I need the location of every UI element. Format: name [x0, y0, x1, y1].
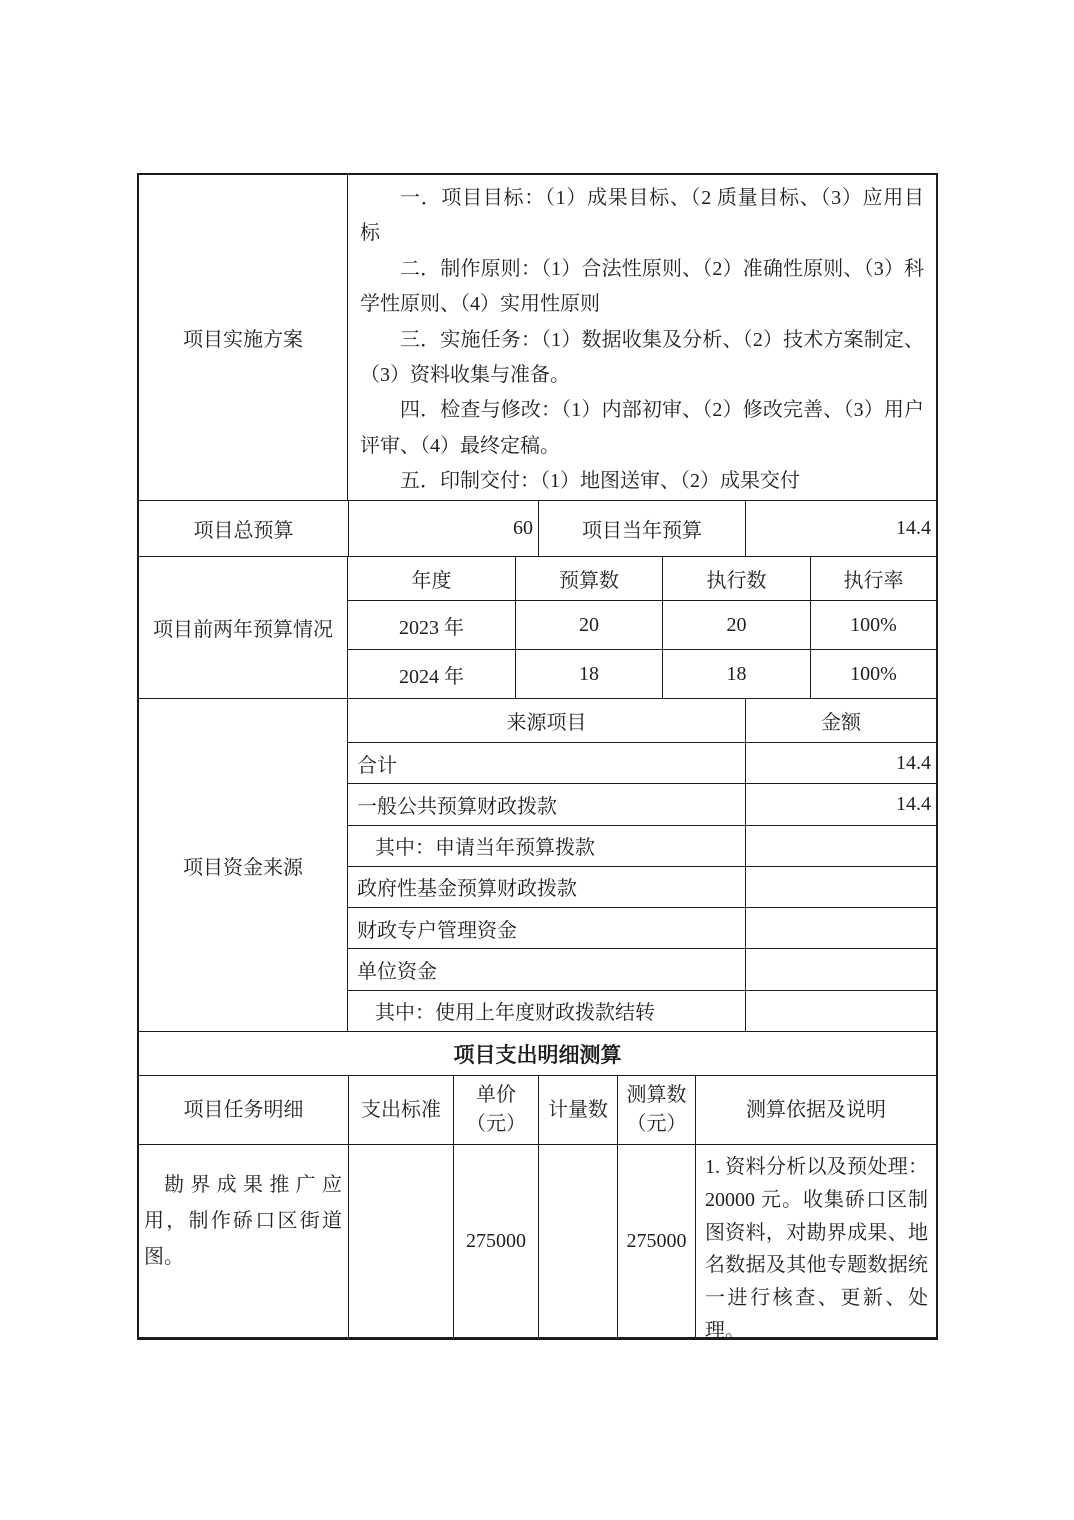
basis-text: 1. 资料分析以及预处理：20000 元。收集硚口区制图资料，对勘界成果、地名数… — [705, 1151, 928, 1337]
implementation-plan-label: 项目实施方案 — [139, 175, 348, 500]
estimate-cell: 275000 — [617, 1145, 695, 1337]
funding-sources-label: 项目资金来源 — [139, 699, 348, 1031]
funding-row-government-fund: 政府性基金预算财政拨款 — [348, 866, 936, 907]
estimate-header: 测算数（元） — [617, 1076, 695, 1144]
government-fund-label: 政府性基金预算财政拨款 — [348, 867, 745, 907]
current-year-budget-value: 14.4 — [745, 501, 936, 556]
rate-2024: 100% — [810, 650, 936, 698]
implementation-item-principles: 二．制作原则：（1）合法性原则、（2）准确性原则、（3）科学性原则、（4）实用性… — [360, 252, 924, 323]
year-column-header: 年度 — [348, 557, 515, 600]
total-budget-label: 项目总预算 — [139, 501, 348, 556]
source-item-header: 来源项目 — [348, 699, 745, 742]
previous-year-row-2024: 2024 年 18 18 100% — [348, 649, 936, 698]
funding-row-unit-funds: 单位资金 — [348, 948, 936, 989]
implementation-plan-content: 一．项目目标：（1）成果目标、（2 质量目标、（3）应用目标 二．制作原则：（1… — [348, 175, 936, 500]
carryover-amount — [745, 991, 936, 1031]
government-fund-amount — [745, 867, 936, 907]
funding-sources-section: 项目资金来源 来源项目 金额 合计 14.4 一般公共预算财政拨款 14.4 其… — [139, 698, 936, 1031]
previous-years-header-row: 年度 预算数 执行数 执行率 — [348, 557, 936, 600]
task-detail-text: 勘界成果推广应用，制作硚口区街道图。 — [144, 1167, 342, 1275]
quantity-cell — [538, 1145, 617, 1337]
implementation-item-tasks: 三．实施任务：（1）数据收集及分析、（2）技术方案制定、（3）资料收集与准备。 — [360, 323, 924, 394]
expense-detail-header-row: 项目任务明细 支出标准 单价（元） 计量数 测算数（元） 测算依据及说明 — [139, 1075, 936, 1144]
implementation-item-goals: 一．项目目标：（1）成果目标、（2 质量目标、（3）应用目标 — [360, 181, 924, 252]
basis-cell: 1. 资料分析以及预处理：20000 元。收集硚口区制图资料，对勘界成果、地名数… — [695, 1145, 936, 1337]
funding-row-total: 合计 14.4 — [348, 742, 936, 783]
funding-row-carryover: 其中：使用上年度财政拨款结转 — [348, 990, 936, 1031]
unit-price-cell: 275000 — [453, 1145, 538, 1337]
budget-2024: 18 — [515, 650, 662, 698]
document-page: 项目实施方案 一．项目目标：（1）成果目标、（2 质量目标、（3）应用目标 二．… — [0, 0, 1074, 1520]
implementation-item-review: 四．检查与修改：（1）内部初审、（2）修改完善、（3）用户评审、（4）最终定稿。 — [360, 393, 924, 464]
budget-2023: 20 — [515, 601, 662, 649]
previous-years-table: 年度 预算数 执行数 执行率 2023 年 20 20 100% 2024 年 … — [348, 557, 936, 698]
expense-detail-data-row: 勘界成果推广应用，制作硚口区街道图。 275000 275000 1. 资料分析… — [139, 1144, 936, 1337]
funding-total-label: 合计 — [348, 743, 745, 783]
implementation-item-delivery: 五．印制交付：（1）地图送审、（2）成果交付 — [360, 464, 924, 499]
executed-2023: 20 — [662, 601, 810, 649]
funding-row-fiscal-account: 财政专户管理资金 — [348, 907, 936, 948]
previous-year-row-2023: 2023 年 20 20 100% — [348, 600, 936, 649]
task-detail-header: 项目任务明细 — [139, 1076, 348, 1144]
funding-row-current-year-request: 其中：申请当年预算拨款 — [348, 825, 936, 866]
current-year-budget-label: 项目当年预算 — [538, 501, 745, 556]
rate-2023: 100% — [810, 601, 936, 649]
year-2024: 2024 年 — [348, 650, 515, 698]
current-year-request-label: 其中：申请当年预算拨款 — [348, 826, 745, 866]
expense-standard-cell — [348, 1145, 453, 1337]
project-budget-table: 项目实施方案 一．项目目标：（1）成果目标、（2 质量目标、（3）应用目标 二．… — [137, 173, 938, 1340]
expense-standard-header: 支出标准 — [348, 1076, 453, 1144]
basis-header: 测算依据及说明 — [695, 1076, 936, 1144]
unit-price-header: 单价（元） — [453, 1076, 538, 1144]
year-2023: 2023 年 — [348, 601, 515, 649]
unit-funds-amount — [745, 949, 936, 989]
rate-column-header: 执行率 — [810, 557, 936, 600]
amount-header: 金额 — [745, 699, 936, 742]
funding-row-general-public: 一般公共预算财政拨款 14.4 — [348, 783, 936, 824]
expense-detail-title: 项目支出明细测算 — [139, 1031, 936, 1075]
carryover-label: 其中：使用上年度财政拨款结转 — [348, 991, 745, 1031]
general-public-budget-amount: 14.4 — [745, 784, 936, 824]
current-year-request-amount — [745, 826, 936, 866]
task-detail-cell: 勘界成果推广应用，制作硚口区街道图。 — [139, 1145, 348, 1337]
funding-total-amount: 14.4 — [745, 743, 936, 783]
previous-years-label: 项目前两年预算情况 — [139, 557, 348, 698]
general-public-budget-label: 一般公共预算财政拨款 — [348, 784, 745, 824]
total-budget-value: 60 — [348, 501, 538, 556]
budget-column-header: 预算数 — [515, 557, 662, 600]
previous-years-section: 项目前两年预算情况 年度 预算数 执行数 执行率 2023 年 20 20 10… — [139, 556, 936, 698]
funding-header-row: 来源项目 金额 — [348, 699, 936, 742]
funding-sources-table: 来源项目 金额 合计 14.4 一般公共预算财政拨款 14.4 其中：申请当年预… — [348, 699, 936, 1031]
executed-column-header: 执行数 — [662, 557, 810, 600]
quantity-header: 计量数 — [538, 1076, 617, 1144]
budget-totals-row: 项目总预算 60 项目当年预算 14.4 — [139, 500, 936, 556]
fiscal-account-amount — [745, 908, 936, 948]
implementation-plan-section: 项目实施方案 一．项目目标：（1）成果目标、（2 质量目标、（3）应用目标 二．… — [139, 175, 936, 500]
fiscal-account-label: 财政专户管理资金 — [348, 908, 745, 948]
unit-funds-label: 单位资金 — [348, 949, 745, 989]
executed-2024: 18 — [662, 650, 810, 698]
